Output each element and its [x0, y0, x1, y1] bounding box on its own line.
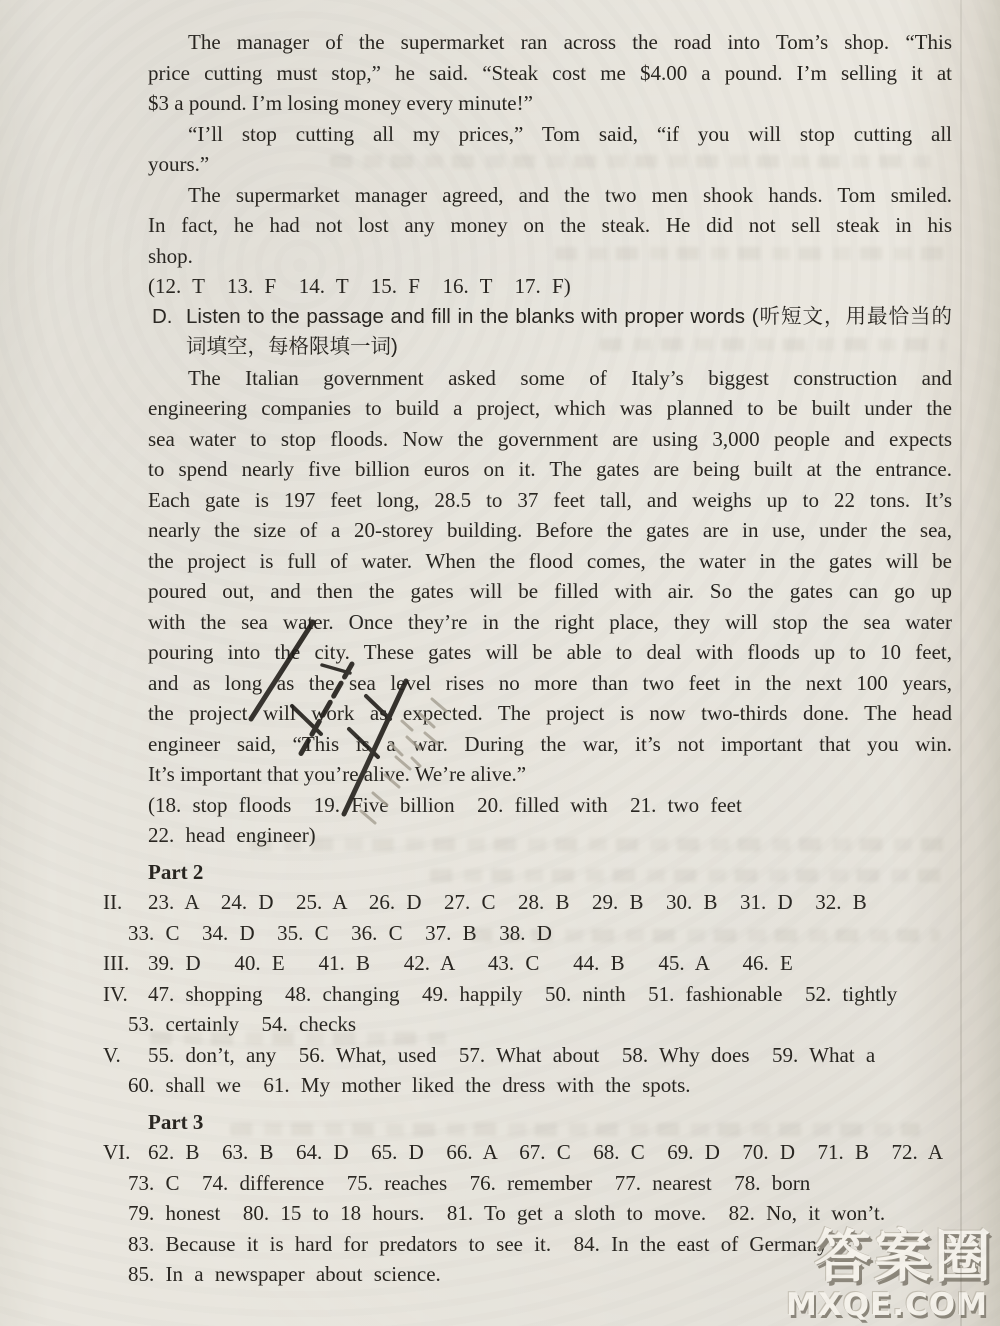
- part-3-header: Part 3: [148, 1107, 952, 1138]
- answer-section-v: V. 55. don’t, any 56. What, used 57. Wha…: [148, 1040, 952, 1101]
- section-label: III.: [103, 948, 129, 979]
- passage-d-line: the project is full of water. When the f…: [148, 546, 952, 577]
- section-label: VI.: [103, 1137, 130, 1168]
- section-label: II.: [103, 887, 122, 918]
- answer-section-iv: IV. 47. shopping 48. changing 49. happil…: [148, 979, 952, 1040]
- answer-line: 79. honest 80. 15 to 18 hours. 81. To ge…: [128, 1198, 952, 1229]
- passage-d-line: to spend nearly five billion euros on it…: [148, 454, 952, 485]
- section-d-instruction: 词填空，每格限填一词): [186, 332, 952, 363]
- section-d-heading: D. Listen to the passage and fill in the…: [186, 302, 952, 363]
- handwriting-scrawl: [225, 612, 485, 852]
- passage-c-line: $3 a pound. I’m losing money every minut…: [148, 88, 952, 119]
- passage-c-line: The supermarket manager agreed, and the …: [148, 180, 952, 211]
- answer-line: 53. certainly 54. checks: [128, 1009, 952, 1040]
- page-crease-line: [960, 0, 962, 1326]
- passage-c-line: yours.”: [148, 149, 952, 180]
- answer-line: 60. shall we 61. My mother liked the dre…: [128, 1070, 952, 1101]
- answer-line: 33. C 34. D 35. C 36. C 37. B 38. D: [128, 918, 952, 949]
- passage-c-line: shop.: [148, 241, 952, 272]
- answer-section-iii: III. 39. D 40. E 41. B 42. A 43. C 44. B…: [148, 948, 952, 979]
- answer-line: 62. B 63. B 64. D 65. D 66. A 67. C 68. …: [148, 1137, 952, 1168]
- answer-line: 39. D 40. E 41. B 42. A 43. C 44. B 45. …: [148, 948, 952, 979]
- passage-c-answers: (12. T 13. F 14. T 15. F 16. T 17. F): [148, 271, 952, 302]
- section-label: V.: [103, 1040, 121, 1071]
- passage-d-line: poured out, and then the gates will be f…: [148, 576, 952, 607]
- passage-c-line: In fact, he had not lost any money on th…: [148, 210, 952, 241]
- scanned-answer-page: The manager of the supermarket ran acros…: [0, 0, 1000, 1326]
- answer-line: 73. C 74. difference 75. reaches 76. rem…: [128, 1168, 952, 1199]
- passage-d-line: The Italian government asked some of Ita…: [148, 363, 952, 394]
- section-d-instruction: Listen to the passage and fill in the bl…: [186, 302, 952, 333]
- answer-line: 23. A 24. D 25. A 26. D 27. C 28. B 29. …: [148, 887, 952, 918]
- passage-c-line: “I’ll stop cutting all my prices,” Tom s…: [148, 119, 952, 150]
- passage-c-line: price cutting must stop,” he said. “Stea…: [148, 58, 952, 89]
- answer-line: 55. don’t, any 56. What, used 57. What a…: [148, 1040, 952, 1071]
- answer-line: 85. In a newspaper about science.: [128, 1259, 952, 1290]
- part-2-header: Part 2: [148, 857, 952, 888]
- faint-stamp: [361, 699, 446, 823]
- answer-section-ii: II. 23. A 24. D 25. A 26. D 27. C 28. B …: [148, 887, 952, 948]
- section-d-label: D.: [152, 302, 173, 333]
- passage-d-line: Each gate is 197 feet long, 28.5 to 37 f…: [148, 485, 952, 516]
- passage-d-line: sea water to stop floods. Now the govern…: [148, 424, 952, 455]
- passage-c-line: The manager of the supermarket ran acros…: [148, 27, 952, 58]
- answer-line: 47. shopping 48. changing 49. happily 50…: [148, 979, 952, 1010]
- watermark-site-url: MXQE.COM: [786, 1289, 994, 1322]
- passage-d-line: nearly the size of a 20-storey building.…: [148, 515, 952, 546]
- section-label: IV.: [103, 979, 128, 1010]
- passage-d-line: engineering companies to build a project…: [148, 393, 952, 424]
- ink-strokes: [251, 622, 406, 814]
- answer-section-vi: VI. 62. B 63. B 64. D 65. D 66. A 67. C …: [148, 1137, 952, 1290]
- answer-line: 83. Because it is hard for predators to …: [128, 1229, 952, 1260]
